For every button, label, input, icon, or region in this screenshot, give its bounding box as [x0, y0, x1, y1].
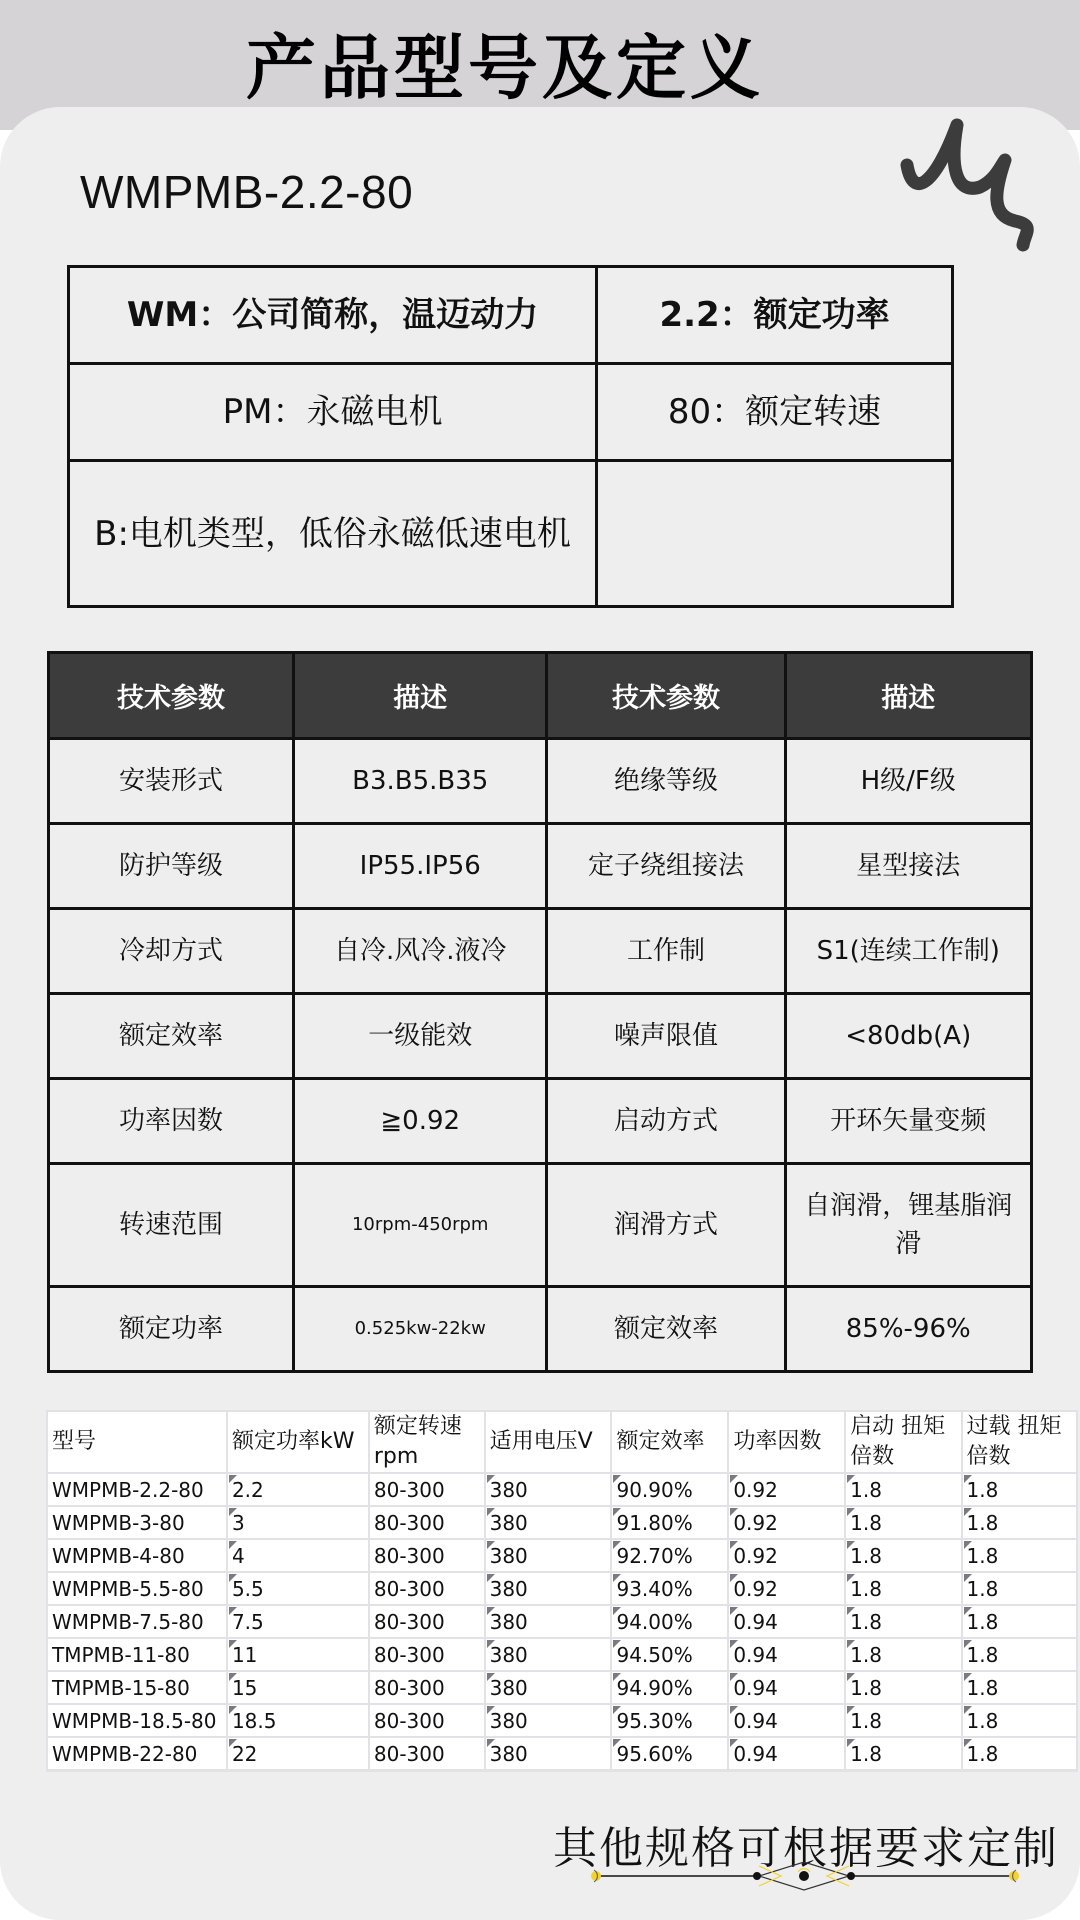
param-value: 自润滑，锂基脂润滑 — [785, 1164, 1032, 1287]
efficiency-cell: 95.30% — [611, 1704, 728, 1737]
power-factor-cell: 0.94 — [728, 1605, 845, 1638]
param-value: 星型接法 — [785, 824, 1032, 909]
overload-torque-cell: 1.8 — [962, 1539, 1077, 1572]
table-row: WMPMB-18.5-8018.580-30038095.30%0.941.81… — [47, 1704, 1077, 1737]
param-name: 冷却方式 — [49, 909, 294, 994]
column-header: 额定效率 — [611, 1411, 728, 1473]
param-name: 定子绕组接法 — [547, 824, 785, 909]
power-factor-cell: 0.92 — [728, 1506, 845, 1539]
rated-power-cell: 2.2 — [227, 1473, 369, 1506]
param-name: 工作制 — [547, 909, 785, 994]
overload-torque-cell: 1.8 — [962, 1671, 1077, 1704]
param-name: 安装形式 — [49, 739, 294, 824]
param-name: 功率因数 — [49, 1079, 294, 1164]
voltage-cell: 380 — [485, 1506, 612, 1539]
overload-torque-cell: 1.8 — [962, 1737, 1077, 1770]
page-title: 产品型号及定义 — [0, 18, 1010, 118]
rated-power-cell: 22 — [227, 1737, 369, 1770]
param-value: 85%-96% — [785, 1287, 1032, 1372]
model-cell: WMPMB-18.5-80 — [47, 1704, 227, 1737]
efficiency-cell: 94.50% — [611, 1638, 728, 1671]
model-code: WMPMB-2.2-80 — [80, 165, 413, 219]
column-header: 功率因数 — [728, 1411, 845, 1473]
power-factor-cell: 0.92 — [728, 1473, 845, 1506]
model-cell: TMPMB-15-80 — [47, 1671, 227, 1704]
param-value: 10rpm-450rpm — [293, 1164, 547, 1287]
definition-cell: WM：公司简称，温迈动力 — [69, 267, 597, 364]
param-value: ≧0.92 — [293, 1079, 547, 1164]
overload-torque-cell: 1.8 — [962, 1638, 1077, 1671]
voltage-cell: 380 — [485, 1704, 612, 1737]
param-name: 绝缘等级 — [547, 739, 785, 824]
starting-torque-cell: 1.8 — [845, 1539, 961, 1572]
table-header-row: 技术参数 描述 技术参数 描述 — [49, 653, 1032, 739]
overload-torque-cell: 1.8 — [962, 1572, 1077, 1605]
rated-speed-cell: 80-300 — [369, 1506, 485, 1539]
power-factor-cell: 0.94 — [728, 1638, 845, 1671]
column-header: 额定转速 rpm — [369, 1411, 485, 1473]
table-row: TMPMB-11-801180-30038094.50%0.941.81.8 — [47, 1638, 1077, 1671]
param-name: 额定效率 — [49, 994, 294, 1079]
table-row: 功率因数 ≧0.92 启动方式 开环矢量变频 — [49, 1079, 1032, 1164]
column-header: 技术参数 — [49, 653, 294, 739]
overload-torque-cell: 1.8 — [962, 1473, 1077, 1506]
param-value: 开环矢量变频 — [785, 1079, 1032, 1164]
definition-cell — [597, 461, 953, 607]
voltage-cell: 380 — [485, 1605, 612, 1638]
starting-torque-cell: 1.8 — [845, 1671, 961, 1704]
param-name: 转速范围 — [49, 1164, 294, 1287]
power-factor-cell: 0.92 — [728, 1572, 845, 1605]
param-value: 0.525kw-22kw — [293, 1287, 547, 1372]
model-cell: WMPMB-2.2-80 — [47, 1473, 227, 1506]
model-cell: WMPMB-7.5-80 — [47, 1605, 227, 1638]
efficiency-cell: 94.00% — [611, 1605, 728, 1638]
efficiency-cell: 94.90% — [611, 1671, 728, 1704]
rated-speed-cell: 80-300 — [369, 1572, 485, 1605]
table-row: WMPMB-5.5-805.580-30038093.40%0.921.81.8 — [47, 1572, 1077, 1605]
column-header: 过载 扭矩倍数 — [962, 1411, 1077, 1473]
rated-speed-cell: 80-300 — [369, 1737, 485, 1770]
column-header: 启动 扭矩倍数 — [845, 1411, 961, 1473]
starting-torque-cell: 1.8 — [845, 1737, 961, 1770]
table-row: 转速范围 10rpm-450rpm 润滑方式 自润滑，锂基脂润滑 — [49, 1164, 1032, 1287]
definition-cell: PM：永磁电机 — [69, 364, 597, 461]
efficiency-cell: 91.80% — [611, 1506, 728, 1539]
rated-power-cell: 4 — [227, 1539, 369, 1572]
model-definition-table: WM：公司简称，温迈动力 2.2：额定功率 PM：永磁电机 80：额定转速 B:… — [67, 265, 954, 608]
model-spec-spreadsheet: 型号 额定功率kW 额定转速 rpm 适用电压V 额定效率 功率因数 启动 扭矩… — [46, 1410, 1078, 1772]
efficiency-cell: 95.60% — [611, 1737, 728, 1770]
param-name: 噪声限值 — [547, 994, 785, 1079]
model-cell: WMPMB-4-80 — [47, 1539, 227, 1572]
voltage-cell: 380 — [485, 1638, 612, 1671]
table-row: WMPMB-22-802280-30038095.60%0.941.81.8 — [47, 1737, 1077, 1770]
param-value: S1(连续工作制) — [785, 909, 1032, 994]
param-name: 额定效率 — [547, 1287, 785, 1372]
column-header: 描述 — [785, 653, 1032, 739]
ornament-divider-icon — [585, 1862, 1025, 1892]
model-cell: WMPMB-5.5-80 — [47, 1572, 227, 1605]
rated-speed-cell: 80-300 — [369, 1638, 485, 1671]
param-name: 额定功率 — [49, 1287, 294, 1372]
power-factor-cell: 0.94 — [728, 1737, 845, 1770]
overload-torque-cell: 1.8 — [962, 1605, 1077, 1638]
table-row: WMPMB-2.2-802.280-30038090.90%0.921.81.8 — [47, 1473, 1077, 1506]
param-name: 润滑方式 — [547, 1164, 785, 1287]
squiggle-decoration-icon — [895, 105, 1055, 255]
definition-cell: 80：额定转速 — [597, 364, 953, 461]
voltage-cell: 380 — [485, 1473, 612, 1506]
definition-cell: B:电机类型，低俗永磁低速电机 — [69, 461, 597, 607]
param-value: <80db(A) — [785, 994, 1032, 1079]
column-header: 额定功率kW — [227, 1411, 369, 1473]
param-value: IP55.IP56 — [293, 824, 547, 909]
column-header: 适用电压V — [485, 1411, 612, 1473]
efficiency-cell: 90.90% — [611, 1473, 728, 1506]
efficiency-cell: 93.40% — [611, 1572, 728, 1605]
param-value: 自冷.风冷.液冷 — [293, 909, 547, 994]
table-header-row: 型号 额定功率kW 额定转速 rpm 适用电压V 额定效率 功率因数 启动 扭矩… — [47, 1411, 1077, 1473]
table-row: WM：公司简称，温迈动力 2.2：额定功率 — [69, 267, 953, 364]
rated-speed-cell: 80-300 — [369, 1539, 485, 1572]
param-value: 一级能效 — [293, 994, 547, 1079]
table-row: WMPMB-4-80480-30038092.70%0.921.81.8 — [47, 1539, 1077, 1572]
table-row: WMPMB-3-80380-30038091.80%0.921.81.8 — [47, 1506, 1077, 1539]
model-cell: WMPMB-3-80 — [47, 1506, 227, 1539]
power-factor-cell: 0.94 — [728, 1671, 845, 1704]
voltage-cell: 380 — [485, 1539, 612, 1572]
rated-speed-cell: 80-300 — [369, 1704, 485, 1737]
table-row: 额定功率 0.525kw-22kw 额定效率 85%-96% — [49, 1287, 1032, 1372]
rated-power-cell: 5.5 — [227, 1572, 369, 1605]
tech-spec-table: 技术参数 描述 技术参数 描述 安装形式 B3.B5.B35 绝缘等级 H级/F… — [47, 651, 1033, 1373]
column-header: 型号 — [47, 1411, 227, 1473]
overload-torque-cell: 1.8 — [962, 1704, 1077, 1737]
rated-power-cell: 7.5 — [227, 1605, 369, 1638]
column-header: 技术参数 — [547, 653, 785, 739]
starting-torque-cell: 1.8 — [845, 1605, 961, 1638]
definition-cell: 2.2：额定功率 — [597, 267, 953, 364]
param-value: B3.B5.B35 — [293, 739, 547, 824]
param-value: H级/F级 — [785, 739, 1032, 824]
starting-torque-cell: 1.8 — [845, 1506, 961, 1539]
table-row: PM：永磁电机 80：额定转速 — [69, 364, 953, 461]
table-row: WMPMB-7.5-807.580-30038094.00%0.941.81.8 — [47, 1605, 1077, 1638]
table-row: B:电机类型，低俗永磁低速电机 — [69, 461, 953, 607]
model-cell: WMPMB-22-80 — [47, 1737, 227, 1770]
param-name: 启动方式 — [547, 1079, 785, 1164]
rated-power-cell: 3 — [227, 1506, 369, 1539]
model-cell: TMPMB-11-80 — [47, 1638, 227, 1671]
table-row: 防护等级 IP55.IP56 定子绕组接法 星型接法 — [49, 824, 1032, 909]
table-row: 安装形式 B3.B5.B35 绝缘等级 H级/F级 — [49, 739, 1032, 824]
rated-speed-cell: 80-300 — [369, 1671, 485, 1704]
table-row: TMPMB-15-801580-30038094.90%0.941.81.8 — [47, 1671, 1077, 1704]
starting-torque-cell: 1.8 — [845, 1473, 961, 1506]
voltage-cell: 380 — [485, 1737, 612, 1770]
overload-torque-cell: 1.8 — [962, 1506, 1077, 1539]
rated-power-cell: 11 — [227, 1638, 369, 1671]
rated-power-cell: 15 — [227, 1671, 369, 1704]
table-row: 冷却方式 自冷.风冷.液冷 工作制 S1(连续工作制) — [49, 909, 1032, 994]
starting-torque-cell: 1.8 — [845, 1704, 961, 1737]
rated-speed-cell: 80-300 — [369, 1605, 485, 1638]
table-row: 额定效率 一级能效 噪声限值 <80db(A) — [49, 994, 1032, 1079]
param-name: 防护等级 — [49, 824, 294, 909]
efficiency-cell: 92.70% — [611, 1539, 728, 1572]
power-factor-cell: 0.92 — [728, 1539, 845, 1572]
starting-torque-cell: 1.8 — [845, 1572, 961, 1605]
rated-power-cell: 18.5 — [227, 1704, 369, 1737]
power-factor-cell: 0.94 — [728, 1704, 845, 1737]
voltage-cell: 380 — [485, 1671, 612, 1704]
voltage-cell: 380 — [485, 1572, 612, 1605]
starting-torque-cell: 1.8 — [845, 1638, 961, 1671]
rated-speed-cell: 80-300 — [369, 1473, 485, 1506]
column-header: 描述 — [293, 653, 547, 739]
